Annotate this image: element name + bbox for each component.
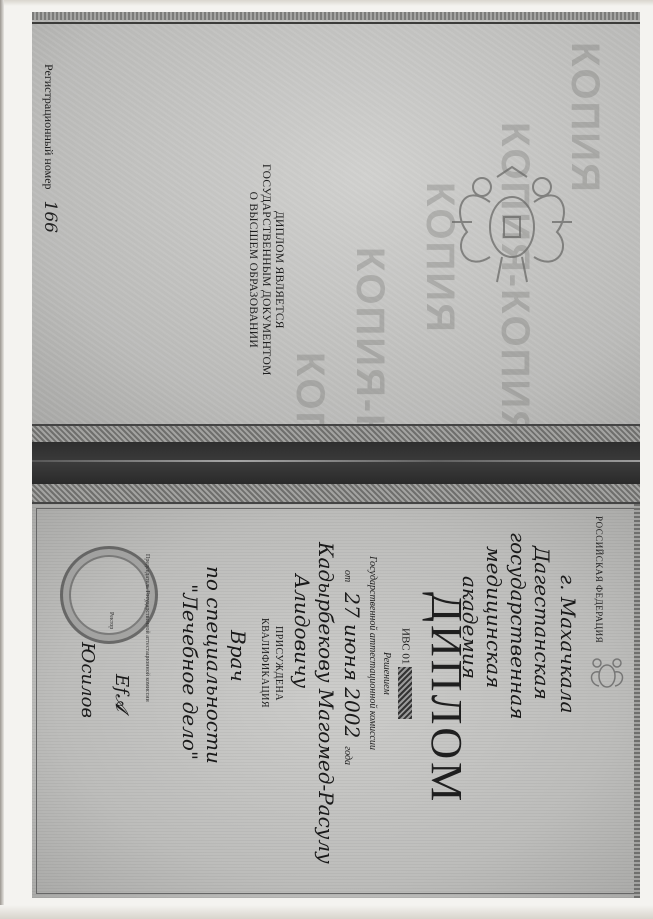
specialty-prefix: по специальности: [202, 566, 226, 764]
diploma-inner-page: РОССИЙСКАЯ ФЕДЕРАЦИЯ г. Махачкала Дагест…: [32, 504, 640, 898]
booklet-spine: [32, 442, 640, 484]
decision-date: от 27 июня 2002 года: [340, 570, 364, 765]
cover-border-pattern: [32, 12, 640, 20]
specialty-value: "Лечебное дело": [178, 584, 202, 760]
spine-pattern-top: [32, 424, 640, 442]
diploma-booklet: КОПИЯ КОПИЯ-КОПИЯ КОПИЯ КОПИЯ-КОПИЯ КОПИ…: [32, 12, 640, 898]
diploma-series: ИВС 01: [398, 628, 412, 719]
country-label: РОССИЙСКАЯ ФЕДЕРАЦИЯ: [594, 516, 604, 643]
qualification-value: Врач: [226, 630, 250, 682]
spine-pattern-bottom: [32, 484, 640, 504]
registration-number: 166: [40, 201, 60, 233]
statement-line: О ВЫСШЕМ ОБРАЗОВАНИИ: [246, 164, 259, 376]
cover-border-line: [32, 22, 640, 24]
signature-chair: Ef𝓐: [111, 674, 132, 711]
date-prefix: от: [342, 570, 353, 582]
recipient-patronymic: Алидовичу: [290, 574, 314, 688]
statement-line: ГОСУДАРСТВЕННЫМ ДОКУМЕНТОМ: [259, 164, 272, 376]
date-value: 27 июня 2002: [340, 592, 364, 738]
page-bottom-edge: [0, 905, 653, 919]
rector-label: Ректор: [108, 612, 114, 629]
recipient-name: Кадырбекову Магомед-Расулу: [314, 542, 338, 864]
date-suffix: года: [342, 746, 353, 765]
diploma-title: ДИПЛОМ: [421, 592, 472, 804]
statement-line: ДИПЛОМ ЯВЛЯЕТСЯ: [272, 164, 285, 376]
institution-line: государственная: [506, 532, 530, 720]
institution-line: г. Махачкала: [556, 574, 580, 713]
spine-crease: [32, 460, 640, 462]
commission-label: Государственной аттестационной комиссии: [367, 556, 378, 750]
page-left-edge: [0, 0, 4, 919]
chair-label: Председатель Государственной аттестацион…: [144, 554, 150, 702]
institution-line: Дагестанская: [530, 546, 554, 700]
registration-number-field: Регистрационный номер 166: [40, 64, 60, 233]
double-headed-eagle-icon: [442, 162, 582, 292]
institution-line: медицинская: [482, 546, 506, 688]
page-top-edge: [0, 0, 653, 6]
cover-statement: ДИПЛОМ ЯВЛЯЕТСЯ ГОСУДАРСТВЕННЫМ ДОКУМЕНТ…: [246, 164, 285, 376]
redacted-series-number: [398, 667, 412, 719]
small-eagle-icon: [587, 654, 627, 698]
signature-rector: Юсилов: [77, 642, 98, 718]
registration-label: Регистрационный номер: [42, 64, 56, 190]
series-prefix: ИВС 01: [399, 628, 411, 664]
qualification-label: КВАЛИФИКАЦИЯ: [259, 618, 270, 708]
decision-label: Решением: [381, 652, 392, 695]
awarded-label: ПРИСУЖДЕНА: [273, 626, 284, 701]
diploma-back-cover: КОПИЯ КОПИЯ-КОПИЯ КОПИЯ КОПИЯ-КОПИЯ КОПИ…: [32, 12, 640, 424]
inner-edge-pattern: [634, 504, 640, 898]
